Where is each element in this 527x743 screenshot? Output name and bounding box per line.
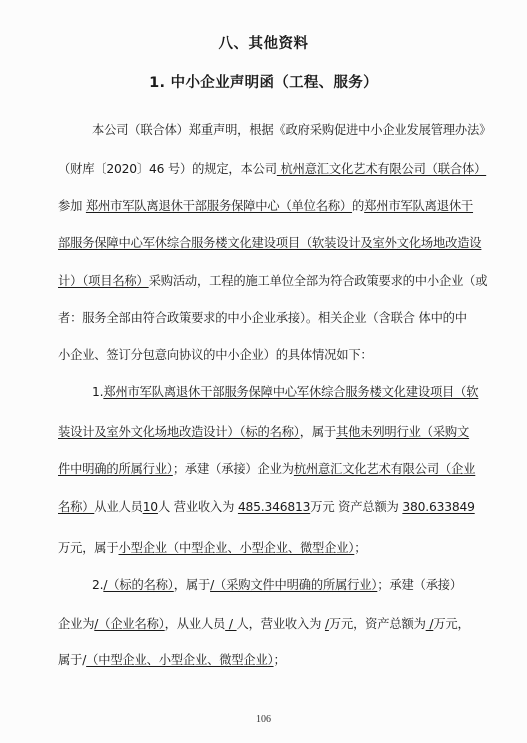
text: 者：服务全部由符合政策要求的中小企业承接）。相关企业（含联合 体中的中 — [58, 311, 467, 325]
industry: 件中明确的所属行业） — [58, 462, 173, 476]
item2-line: 2./（标的名称），属于/（采购文件中明确的所属行业）；承建（承接） — [92, 577, 462, 593]
project-name-part: 部服务保障中心军休综合服务楼文化建设项目（软装设计及室外文化场地改造设 — [58, 236, 481, 250]
item-number: 2. — [92, 578, 103, 592]
text: 属于/ — [58, 653, 86, 667]
item1-line: 万元，属于小型企业（中型企业、小型企业、微型企业）； — [58, 540, 462, 556]
text: ； — [354, 541, 366, 555]
total-assets-value: 380.633849 — [402, 500, 474, 514]
text: 参加 — [58, 199, 86, 213]
text: ； — [274, 653, 286, 667]
item-number: 1. — [92, 385, 103, 399]
text: 万元， — [433, 617, 469, 631]
text: 人 营业收入为 — [158, 500, 238, 514]
item1-line: 装设计及室外文化场地改造设计）（标的名称），属于其他未列明行业（采购文 — [58, 424, 462, 440]
project-name-part: 郑州市军队离退休干 — [364, 199, 473, 213]
enterprise-name: 杭州意汇文化艺术有限公司（企业 — [294, 462, 475, 476]
text: 从业人员 — [94, 500, 142, 514]
text: ，属于 — [300, 425, 336, 439]
employee-count: 10 — [143, 500, 158, 514]
text: 万元，资产总额为 — [329, 617, 426, 631]
text: ，从业人员 — [165, 617, 226, 631]
text: 采购活动，工程的施工单位全部为符合政策要求的中小企业（或 — [149, 274, 488, 288]
paragraph-line: 本公司（联合体）郑重声明，根据《政府采购促进中小企业发展管理办法》 — [92, 122, 462, 138]
item2-line: 属于/（中型企业、小型企业、微型企业）； — [58, 652, 462, 668]
company-name: 杭州意汇文化艺术有限公司（联合体） — [277, 162, 486, 176]
text: 的 — [352, 199, 364, 213]
text: 万元 资产总额为 — [310, 500, 402, 514]
text: ；承建（承接） — [377, 578, 462, 592]
section-title: 八、其他资料 — [0, 32, 527, 53]
text: 万元，属于 — [58, 541, 119, 555]
subject-name: 郑州市军队离退休干部服务保障中心军休综合服务楼文化建设项目（软 — [103, 385, 478, 399]
enterprise-type: （中型企业、小型企业、微型企业） — [86, 653, 273, 667]
enterprise-type: 小型企业（中型企业、小型企业、微型企业） — [119, 541, 355, 555]
revenue-value: 485.346813 — [238, 500, 310, 514]
item1-line: 件中明确的所属行业）；承建（承接）企业为杭州意汇文化艺术有限公司（企业 — [58, 461, 462, 477]
unit-name: 郑州市军队离退休干部服务保障中心（单位名称） — [86, 199, 352, 213]
paragraph-line: （财库〔2020〕46 号）的规定，本公司 杭州意汇文化艺术有限公司（联合体） — [58, 161, 462, 177]
text: ；承建（承接）企业为 — [173, 462, 294, 476]
item1-line: 名称）从业人员10人 营业收入为 485.346813万元 资产总额为 380.… — [58, 499, 462, 515]
industry: 其他未列明行业（采购文 — [336, 425, 469, 439]
paragraph-line: 部服务保障中心军休综合服务楼文化建设项目（软装设计及室外文化场地改造设 — [58, 235, 462, 251]
employee-count: / — [225, 617, 236, 631]
subject-name: /（标的名称） — [103, 578, 173, 592]
paragraph-line: 计）（项目名称）采购活动，工程的施工单位全部为符合政策要求的中小企业（或 — [58, 273, 462, 289]
text: （财库〔2020〕46 号）的规定，本公司 — [58, 162, 277, 176]
item1-line: 1.郑州市军队离退休干部服务保障中心军休综合服务楼文化建设项目（软 — [92, 384, 462, 400]
page-number: 106 — [0, 714, 527, 725]
project-name-part: 计）（项目名称） — [58, 274, 149, 288]
text: 小企业、签订分包意向协议的中小企业）的具体情况如下： — [58, 348, 373, 362]
paragraph-line: 者：服务全部由符合政策要求的中小企业承接）。相关企业（含联合 体中的中 — [58, 310, 462, 326]
paragraph-line: 参加 郑州市军队离退休干部服务保障中心（单位名称）的郑州市军队离退休干 — [58, 198, 462, 214]
text: 人，营业收入为 — [237, 617, 325, 631]
item2-line: 企业为/（企业名称），从业人员 / 人，营业收入为 /万元，资产总额为 /万元， — [58, 616, 462, 632]
enterprise-name: 名称） — [58, 500, 94, 514]
text: ，属于 — [174, 578, 210, 592]
declaration-title: 1. 中小企业声明函（工程、服务） — [0, 71, 527, 92]
paragraph-line: 小企业、签订分包意向协议的中小企业）的具体情况如下： — [58, 347, 462, 363]
document-page: 八、其他资料 1. 中小企业声明函（工程、服务） 本公司（联合体）郑重声明，根据… — [0, 0, 527, 743]
subject-name: 装设计及室外文化场地改造设计）（标的名称） — [58, 425, 300, 439]
industry: /（采购文件中明确的所属行业） — [210, 578, 377, 592]
text: 本公司（联合体）郑重声明，根据《政府采购促进中小企业发展管理办法》 — [92, 123, 491, 137]
text: 企业为 — [58, 617, 94, 631]
enterprise-name: /（企业名称） — [94, 617, 164, 631]
